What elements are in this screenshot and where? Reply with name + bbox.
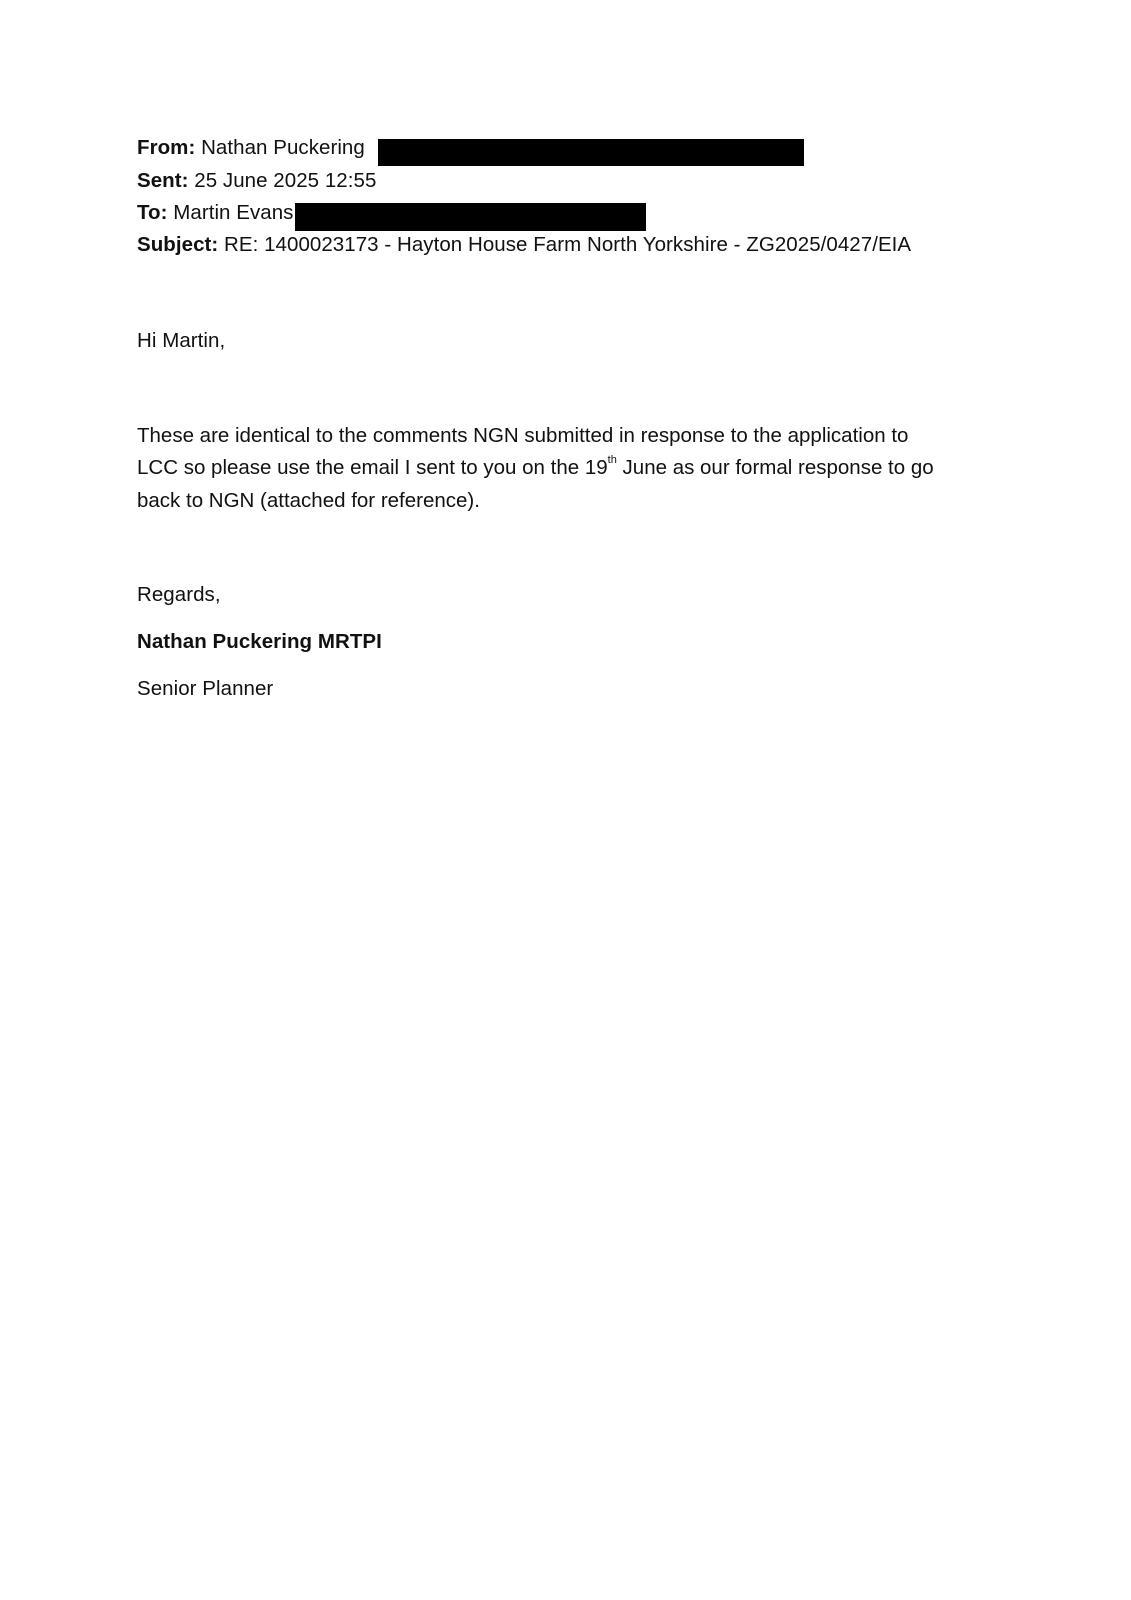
paragraph-line-2-end: June as our formal response to go: [617, 456, 934, 479]
body-paragraph: These are identical to the comments NGN …: [137, 420, 997, 517]
paragraph-line-3: back to NGN (attached for reference).: [137, 485, 997, 517]
to-label: To:: [137, 201, 168, 224]
paragraph-line-2: LCC so please use the email I sent to yo…: [137, 452, 997, 484]
from-email-redaction: [378, 139, 804, 166]
subject-value: RE: 1400023173 - Hayton House Farm North…: [224, 233, 911, 256]
subject-label: Subject:: [137, 233, 218, 256]
to-value: Martin Evans: [173, 201, 293, 224]
from-label: From:: [137, 136, 195, 159]
greeting: Hi Martin,: [137, 325, 225, 357]
signature-name: Nathan Puckering MRTPI: [137, 626, 382, 658]
signature-title: Senior Planner: [137, 673, 273, 705]
paragraph-line-2-start: LCC so please use the email I sent to yo…: [137, 456, 608, 479]
date-ordinal-superscript: th: [608, 454, 617, 466]
closing: Regards,: [137, 579, 221, 611]
subject-line: Subject: RE: 1400023173 - Hayton House F…: [137, 229, 911, 261]
from-line: From: Nathan Puckering: [137, 132, 365, 164]
from-value: Nathan Puckering: [201, 136, 365, 159]
document-page: From: Nathan Puckering Sent: 25 June 202…: [0, 0, 1131, 1600]
sent-line: Sent: 25 June 2025 12:55: [137, 165, 376, 197]
sent-value: 25 June 2025 12:55: [194, 169, 376, 192]
to-line: To: Martin Evans: [137, 197, 293, 229]
to-email-redaction: [295, 203, 646, 231]
paragraph-line-1: These are identical to the comments NGN …: [137, 420, 997, 452]
sent-label: Sent:: [137, 169, 189, 192]
